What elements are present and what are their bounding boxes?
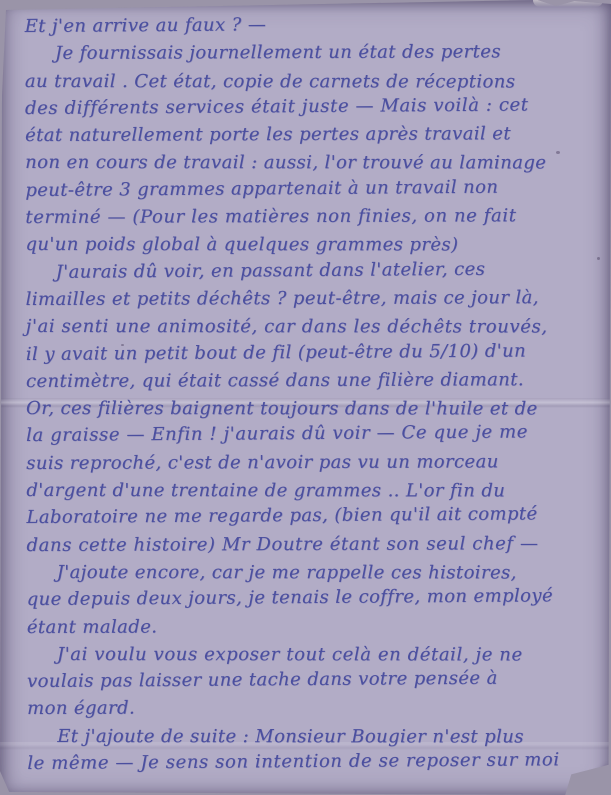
handwritten-line: le même — Je sens son intention de se re… <box>27 746 593 777</box>
handwritten-line: suis reproché, c'est de n'avoir pas vu u… <box>26 448 592 477</box>
handwritten-line: peut-être 3 grammes appartenait à un tra… <box>25 173 591 204</box>
handwritten-line: état naturellement porte les pertes aprè… <box>25 120 591 149</box>
handwritten-line: limailles et petits déchêts ? peut-être,… <box>26 284 592 313</box>
handwritten-line: que depuis deux jours, je tenais le coff… <box>27 582 593 613</box>
handwritten-line: J'aurais dû voir, en passant dans l'atel… <box>25 255 591 286</box>
handwritten-line: Je fournissais journellement un état des… <box>25 38 591 67</box>
paper-tear <box>533 0 603 7</box>
handwritten-line: Laboratoire ne me regarde pas, (bien qu'… <box>26 500 592 531</box>
handwritten-line: étant malade. <box>27 612 593 641</box>
handwritten-line: dans cette histoire) Mr Doutre étant son… <box>26 530 592 559</box>
letter-lines: Et j'en arrive au faux ? —Je fournissais… <box>25 11 594 777</box>
handwritten-line: voulais pas laisser une tache dans votre… <box>27 664 593 695</box>
handwritten-line: centimètre, qui était cassé dans une fil… <box>26 366 592 395</box>
handwritten-line: des différents services était juste — Ma… <box>25 91 591 122</box>
scanned-letter-page: Et j'en arrive au faux ? —Je fournissais… <box>0 0 611 795</box>
paper-speck <box>597 257 600 260</box>
handwritten-line: terminé — (Pour les matières non finies,… <box>25 202 591 231</box>
dog-eared-corner <box>575 766 609 792</box>
handwritten-line: mon égard. <box>27 693 593 722</box>
letter-paper: Et j'en arrive au faux ? —Je fournissais… <box>0 0 611 795</box>
handwritten-line: il y avait un petit bout de fil (peut-êt… <box>26 337 592 368</box>
handwritten-line: Et j'en arrive au faux ? — <box>25 9 591 40</box>
handwritten-line: la graisse — Enfin ! j'aurais dû voir — … <box>26 418 592 449</box>
